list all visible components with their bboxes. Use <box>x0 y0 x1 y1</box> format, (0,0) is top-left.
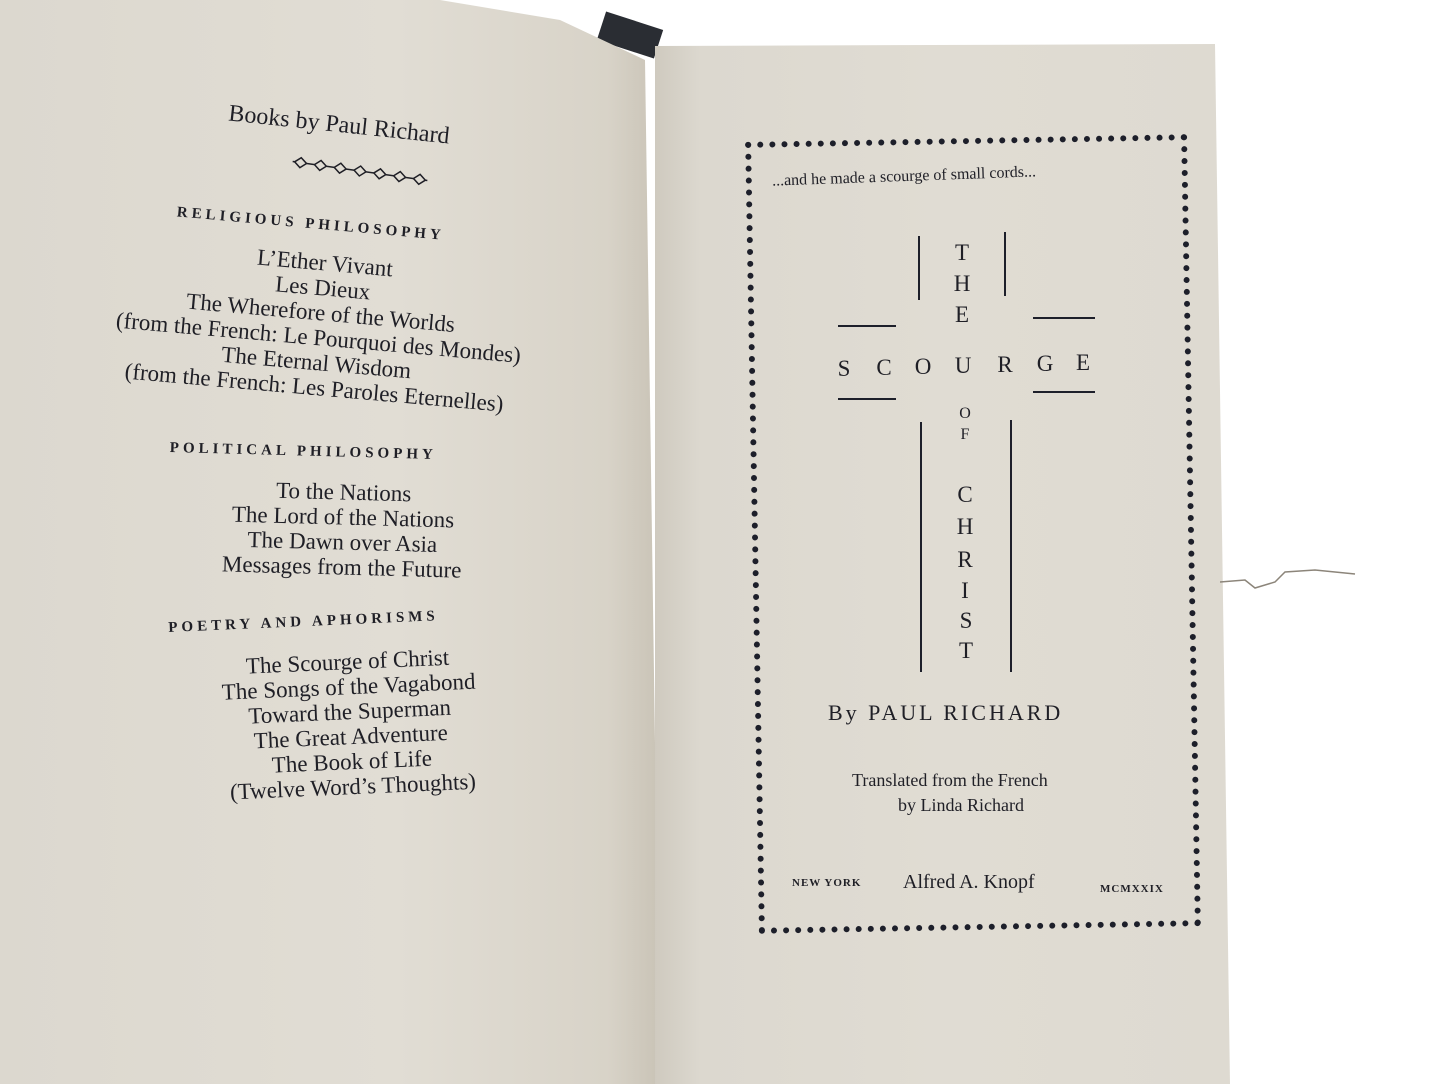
title-letter: H <box>950 514 980 540</box>
page-tear-mark <box>1220 560 1360 600</box>
cross-line <box>920 422 922 672</box>
translation-line: Translated from the French <box>852 770 1048 791</box>
title-letter: E <box>947 302 977 328</box>
title-letter: H <box>947 271 977 297</box>
page-heading: Books by Paul Richard <box>227 100 451 150</box>
imprint-year: MCMXXIX <box>1100 883 1164 895</box>
title-letter: I <box>950 578 980 604</box>
cross-line <box>838 325 896 327</box>
title-letter: C <box>869 355 899 381</box>
title-letter: C <box>950 482 980 508</box>
title-letter: S <box>829 356 859 382</box>
ornament-divider-icon <box>289 150 431 191</box>
section-title: Poetry and Aphorisms <box>168 605 523 637</box>
author-line: By PAUL RICHARD <box>828 700 1063 726</box>
title-letter: G <box>1030 351 1060 377</box>
title-letter: F <box>950 426 980 444</box>
section-poetry-and-aphorisms: Poetry and Aphorisms The Scourge of Chri… <box>168 605 531 807</box>
title-letter: R <box>950 547 980 573</box>
title-letter: O <box>950 405 980 423</box>
imprint-publisher: Alfred A. Knopf <box>903 871 1035 894</box>
cross-line <box>1033 317 1095 319</box>
imprint-city: NEW YORK <box>792 877 861 889</box>
section-religious-philosophy: Religious Philosophy L’Ether Vivant Les … <box>54 195 588 423</box>
section-political-philosophy: Political Philosophy To the Nations The … <box>166 440 519 584</box>
title-letter: S <box>951 608 981 634</box>
cross-line <box>918 236 920 300</box>
cross-line <box>1010 420 1012 672</box>
cross-line <box>1004 232 1006 296</box>
translator-line: by Linda Richard <box>898 795 1024 816</box>
title-letter: T <box>947 240 977 266</box>
title-letter: E <box>1068 350 1098 376</box>
left-page: Books by Paul Richard Religious Philosop… <box>0 0 660 1084</box>
title-letter: U <box>948 353 978 379</box>
cross-line <box>838 398 896 400</box>
title-letter: T <box>951 638 981 664</box>
cross-line <box>1033 391 1095 393</box>
section-title: Political Philosophy <box>170 440 520 466</box>
title-letter: O <box>908 354 938 380</box>
title-letter: R <box>990 352 1020 378</box>
